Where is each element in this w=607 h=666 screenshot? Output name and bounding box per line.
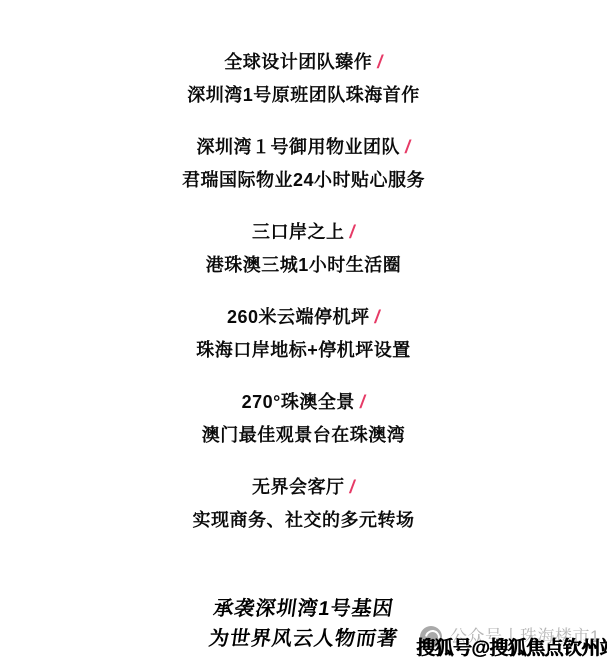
feature-slash: / xyxy=(360,392,366,412)
feature-subtitle: 深圳湾1号原班团队珠海首作 xyxy=(0,85,607,105)
feature-title: 270°珠澳全景/ xyxy=(0,392,607,412)
footer-line-1: 承袭深圳湾1号基因 xyxy=(0,594,607,624)
watermark-sohu-text: 搜狐号@搜狐焦点钦州站 xyxy=(416,633,607,660)
feature-list: 全球设计团队臻作/ 深圳湾1号原班团队珠海首作 深圳湾１号御用物业团队/ 君瑞国… xyxy=(0,52,607,562)
feature-subtitle: 实现商务、社交的多元转场 xyxy=(0,510,607,530)
feature-subtitle: 珠海口岸地标+停机坪设置 xyxy=(0,340,607,360)
feature-title: 无界会客厅/ xyxy=(0,477,607,497)
feature-title: 三口岸之上/ xyxy=(0,222,607,242)
feature-block: 深圳湾１号御用物业团队/ 君瑞国际物业24小时贴心服务 xyxy=(0,137,607,190)
feature-block: 无界会客厅/ 实现商务、社交的多元转场 xyxy=(0,477,607,530)
feature-title: 深圳湾１号御用物业团队/ xyxy=(0,137,607,157)
feature-block: 260米云端停机坪/ 珠海口岸地标+停机坪设置 xyxy=(0,307,607,360)
feature-title-text: 深圳湾１号御用物业团队 xyxy=(196,137,400,157)
feature-title-text: 270°珠澳全景 xyxy=(242,392,355,412)
feature-title-text: 无界会客厅 xyxy=(252,477,345,497)
feature-subtitle: 港珠澳三城1小时生活圈 xyxy=(0,255,607,275)
feature-title-text: 全球设计团队臻作 xyxy=(224,52,372,72)
page: 全球设计团队臻作/ 深圳湾1号原班团队珠海首作 深圳湾１号御用物业团队/ 君瑞国… xyxy=(0,0,607,666)
feature-title-text: 260米云端停机坪 xyxy=(227,307,370,327)
feature-slash: / xyxy=(349,477,355,497)
feature-block: 三口岸之上/ 港珠澳三城1小时生活圈 xyxy=(0,222,607,275)
feature-block: 全球设计团队臻作/ 深圳湾1号原班团队珠海首作 xyxy=(0,52,607,105)
feature-block: 270°珠澳全景/ 澳门最佳观景台在珠澳湾 xyxy=(0,392,607,445)
feature-slash: / xyxy=(375,307,381,327)
feature-slash: / xyxy=(377,52,383,72)
feature-slash: / xyxy=(349,222,355,242)
feature-title: 全球设计团队臻作/ xyxy=(0,52,607,72)
feature-subtitle: 澳门最佳观景台在珠澳湾 xyxy=(0,425,607,445)
feature-title-text: 三口岸之上 xyxy=(252,222,345,242)
feature-subtitle: 君瑞国际物业24小时贴心服务 xyxy=(0,170,607,190)
feature-slash: / xyxy=(405,137,411,157)
feature-title: 260米云端停机坪/ xyxy=(0,307,607,327)
